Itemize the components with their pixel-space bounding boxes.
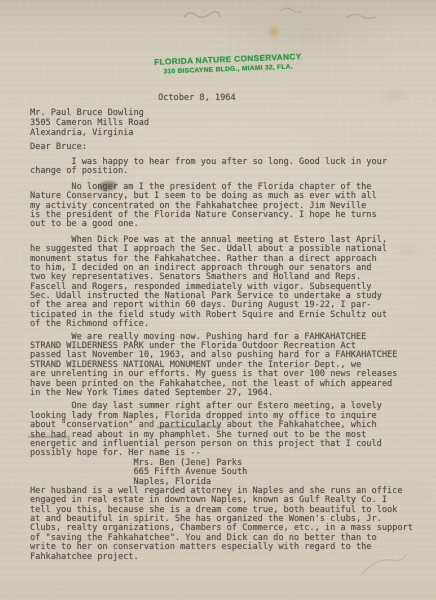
date-line: October 8, 1964 [158,93,430,103]
text-line: Fahkahatchee project. [30,553,430,562]
letter-paragraph-5: One day last summer right after our Este… [30,402,430,562]
text-line: change of position. [30,167,430,176]
letter-body: October 8, 1964 Mr. Paul Bruce Dowling35… [30,0,430,562]
text-line: out to be a good one. [30,220,430,229]
letter-paragraph-4: We are really moving now. Pushing hard f… [30,333,430,399]
scanned-letter: { "colors": { "paper": "#d6cebc", "ink":… [0,0,436,600]
letter-paragraph-2: No longer am I the president of the Flor… [30,183,430,230]
text-line: Alexandria, Virginia [30,128,430,138]
text-line: Mr. Paul Bruce Dowling [30,108,430,118]
text-line: in the New York Times dated September 27… [30,389,430,398]
text-line: of the Richmond office. [30,320,430,329]
text-line: 3505 Cameron Mills Road [30,118,430,128]
salutation: Dear Bruce: [30,142,430,152]
letter-paragraph-1: I was happy to hear from you after so lo… [30,158,430,177]
recipient-address: Mr. Paul Bruce Dowling3505 Cameron Mills… [30,108,430,138]
letter-paragraph-3: When Dick Poe was at the annual meeting … [30,236,430,330]
